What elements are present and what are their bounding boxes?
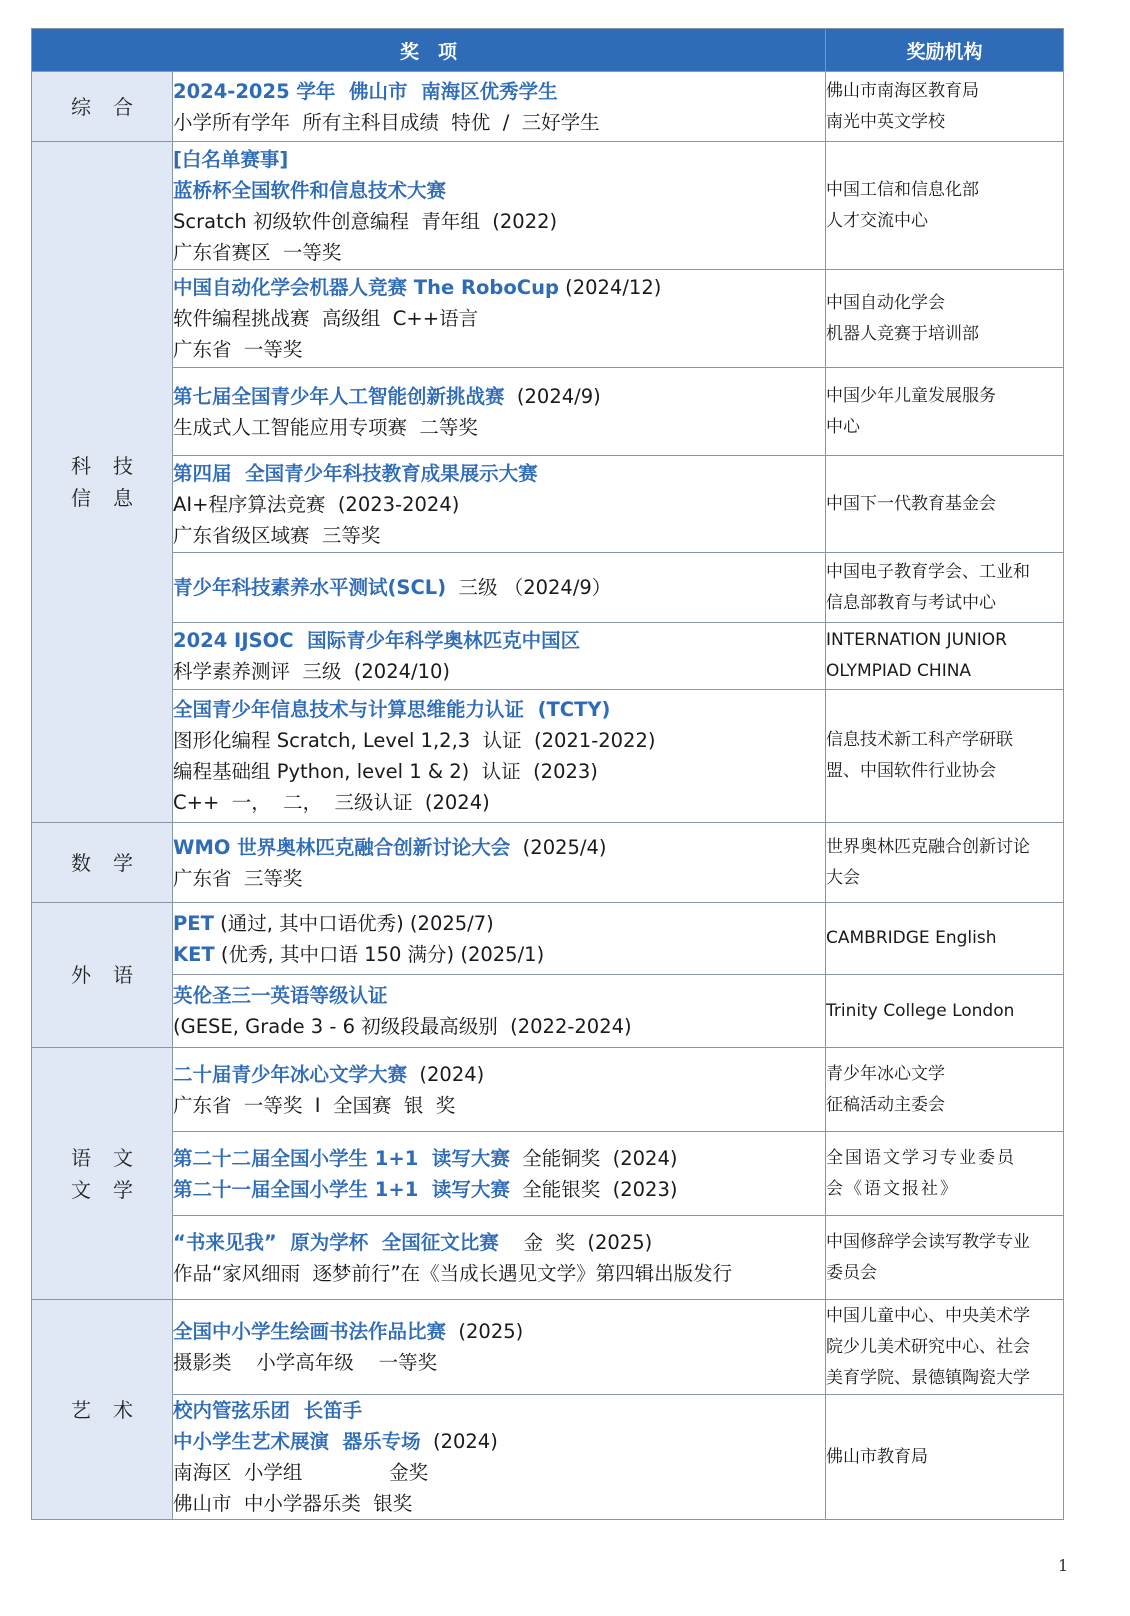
table-row: 数学WMO 世界奥林匹克融合创新讨论大会 (2025/4)广东省 三等奖世界奥林… xyxy=(32,823,1064,903)
award-line: 小学所有学年 所有主科目成绩 特优 / 三好学生 xyxy=(173,107,825,138)
award-detail: 金 奖 (2025) xyxy=(499,1231,652,1254)
award-line: 2024-2025 学年 佛山市 南海区优秀学生 xyxy=(173,76,825,107)
category-label: 语文 xyxy=(32,1142,172,1174)
award-title: 第二十一届全国小学生 1+1 读写大赛 xyxy=(173,1178,510,1201)
table-row: 第四届 全国青少年科技教育成果展示大赛AI+程序算法竞赛 (2023-2024)… xyxy=(32,456,1064,553)
award-detail: 广东省赛区 一等奖 xyxy=(173,241,341,264)
award-detail: 小学所有学年 所有主科目成绩 特优 / 三好学生 xyxy=(173,111,600,134)
category-label: 艺术 xyxy=(32,1394,172,1426)
award-cell: 第七届全国青少年人工智能创新挑战赛 (2024/9)生成式人工智能应用专项赛 二… xyxy=(173,368,826,456)
award-line: 科学素养测评 三级 (2024/10) xyxy=(173,656,825,687)
award-detail: (2024/12) xyxy=(559,276,661,299)
organization-line: 佛山市南海区教育局 xyxy=(826,76,1063,107)
organization-cell: 青少年冰心文学征稿活动主委会 xyxy=(826,1048,1064,1132)
award-detail: Scratch 初级软件创意编程 青年组 (2022) xyxy=(173,210,557,233)
organization-line: 全国语文学习专业委员 xyxy=(826,1143,1063,1174)
award-title: 全国中小学生绘画书法作品比赛 xyxy=(173,1320,446,1343)
award-detail: (2025/4) xyxy=(510,836,606,859)
award-line: [白名单赛事] xyxy=(173,144,825,175)
organization-line: 信息部教育与考试中心 xyxy=(826,588,1063,619)
organization-cell: 中国工信和信息化部人才交流中心 xyxy=(826,142,1064,270)
award-detail: 南海区 小学组 金奖 xyxy=(173,1461,428,1484)
organization-line: 中国修辞学会读写教学专业 xyxy=(826,1227,1063,1258)
table-row: 艺术全国中小学生绘画书法作品比赛 (2025)摄影类 小学高年级 一等奖中国儿童… xyxy=(32,1300,1064,1395)
award-title: 英伦圣三一英语等级认证 xyxy=(173,984,388,1007)
organization-line: 中国儿童中心、中央美术学 xyxy=(826,1301,1063,1332)
award-detail: 编程基础组 Python, level 1 & 2) 认证 (2023) xyxy=(173,760,598,783)
award-cell: 中国自动化学会机器人竞赛 The RoboCup (2024/12)软件编程挑战… xyxy=(173,270,826,368)
award-cell: 英伦圣三一英语等级认证(GESE, Grade 3 - 6 初级段最高级别 (2… xyxy=(173,975,826,1048)
award-detail: (2024) xyxy=(421,1430,498,1453)
table-header-row: 奖 项 奖励机构 xyxy=(32,29,1064,72)
organization-cell: 世界奥林匹克融合创新讨论大会 xyxy=(826,823,1064,903)
table-row: 中国自动化学会机器人竞赛 The RoboCup (2024/12)软件编程挑战… xyxy=(32,270,1064,368)
award-title: 第二十二届全国小学生 1+1 读写大赛 xyxy=(173,1147,510,1170)
award-title: PET xyxy=(173,912,214,935)
organization-line: 世界奥林匹克融合创新讨论 xyxy=(826,832,1063,863)
award-cell: 第二十二届全国小学生 1+1 读写大赛 全能铜奖 (2024)第二十一届全国小学… xyxy=(173,1132,826,1216)
award-line: 2024 IJSOC 国际青少年科学奥林匹克中国区 xyxy=(173,625,825,656)
award-line: 软件编程挑战赛 高级组 C++语言 xyxy=(173,303,825,334)
award-line: 广东省 三等奖 xyxy=(173,863,825,894)
organization-line: 会《语文报社》 xyxy=(826,1174,1063,1205)
organization-line: CAMBRIDGE English xyxy=(826,923,1063,954)
table-row: 全国青少年信息技术与计算思维能力认证 (TCTY)图形化编程 Scratch, … xyxy=(32,690,1064,823)
awards-table: 奖 项 奖励机构 综合2024-2025 学年 佛山市 南海区优秀学生小学所有学… xyxy=(31,28,1064,1520)
award-detail: 生成式人工智能应用专项赛 二等奖 xyxy=(173,416,478,439)
award-cell: 第四届 全国青少年科技教育成果展示大赛AI+程序算法竞赛 (2023-2024)… xyxy=(173,456,826,553)
award-detail: 三级 （2024/9） xyxy=(446,576,611,599)
header-organization: 奖励机构 xyxy=(826,29,1064,72)
category-cell: 数学 xyxy=(32,823,173,903)
award-line: 青少年科技素养水平测试(SCL) 三级 （2024/9） xyxy=(173,572,825,603)
award-line: 广东省 一等奖 xyxy=(173,334,825,365)
organization-line: Trinity College London xyxy=(826,996,1063,1027)
award-cell: 校内管弦乐团 长笛手中小学生艺术展演 器乐专场 (2024)南海区 小学组 金奖… xyxy=(173,1395,826,1520)
award-detail: (优秀, 其中口语 150 满分) (2025/1) xyxy=(215,943,544,966)
table-row: 2024 IJSOC 国际青少年科学奥林匹克中国区科学素养测评 三级 (2024… xyxy=(32,623,1064,690)
page-number: 1 xyxy=(1058,1556,1068,1575)
category-label: 科技 xyxy=(32,450,172,482)
category-cell: 语文文学 xyxy=(32,1048,173,1300)
organization-line: 委员会 xyxy=(826,1258,1063,1289)
table-row: 校内管弦乐团 长笛手中小学生艺术展演 器乐专场 (2024)南海区 小学组 金奖… xyxy=(32,1395,1064,1520)
award-title: 全国青少年信息技术与计算思维能力认证 (TCTY) xyxy=(173,698,610,721)
table-row: 青少年科技素养水平测试(SCL) 三级 （2024/9）中国电子教育学会、工业和… xyxy=(32,553,1064,623)
award-line: 摄影类 小学高年级 一等奖 xyxy=(173,1347,825,1378)
award-detail: 全能银奖 (2023) xyxy=(510,1178,678,1201)
award-line: 广东省赛区 一等奖 xyxy=(173,237,825,268)
organization-cell: 中国自动化学会机器人竞赛于培训部 xyxy=(826,270,1064,368)
table-row: 语文文学二十届青少年冰心文学大赛 (2024)广东省 一等奖 I 全国赛 银 奖… xyxy=(32,1048,1064,1132)
award-detail: 作品“家风细雨 逐梦前行”在《当成长遇见文学》第四辑出版发行 xyxy=(173,1262,732,1285)
award-cell: [白名单赛事]蓝桥杯全国软件和信息技术大赛Scratch 初级软件创意编程 青年… xyxy=(173,142,826,270)
award-title: 中小学生艺术展演 器乐专场 xyxy=(173,1430,421,1453)
award-line: 第二十一届全国小学生 1+1 读写大赛 全能银奖 (2023) xyxy=(173,1174,825,1205)
organization-line: 中国少年儿童发展服务 xyxy=(826,381,1063,412)
award-title: 第七届全国青少年人工智能创新挑战赛 xyxy=(173,385,505,408)
award-detail: 广东省级区域赛 三等奖 xyxy=(173,524,380,547)
award-title: [白名单赛事] xyxy=(173,148,288,171)
organization-cell: 佛山市教育局 xyxy=(826,1395,1064,1520)
award-cell: 2024-2025 学年 佛山市 南海区优秀学生小学所有学年 所有主科目成绩 特… xyxy=(173,72,826,142)
category-label: 外语 xyxy=(32,959,172,991)
award-cell: WMO 世界奥林匹克融合创新讨论大会 (2025/4)广东省 三等奖 xyxy=(173,823,826,903)
award-line: Scratch 初级软件创意编程 青年组 (2022) xyxy=(173,206,825,237)
award-cell: 全国青少年信息技术与计算思维能力认证 (TCTY)图形化编程 Scratch, … xyxy=(173,690,826,823)
award-title: “书来见我” 原为学杯 全国征文比赛 xyxy=(173,1231,499,1254)
award-title: 二十届青少年冰心文学大赛 xyxy=(173,1063,407,1086)
award-line: AI+程序算法竞赛 (2023-2024) xyxy=(173,489,825,520)
award-detail: C++ 一， 二， 三级认证 (2024) xyxy=(173,791,490,814)
header-org-label: 奖励机构 xyxy=(907,41,983,63)
table-row: 综合2024-2025 学年 佛山市 南海区优秀学生小学所有学年 所有主科目成绩… xyxy=(32,72,1064,142)
table-row: 外语PET (通过, 其中口语优秀) (2025/7)KET (优秀, 其中口语… xyxy=(32,903,1064,975)
award-detail: 佛山市 中小学器乐类 银奖 xyxy=(173,1492,412,1515)
award-cell: “书来见我” 原为学杯 全国征文比赛 金 奖 (2025)作品“家风细雨 逐梦前… xyxy=(173,1216,826,1300)
award-line: KET (优秀, 其中口语 150 满分) (2025/1) xyxy=(173,939,825,970)
organization-line: 院少儿美术研究中心、社会 xyxy=(826,1332,1063,1363)
award-title: 蓝桥杯全国软件和信息技术大赛 xyxy=(173,179,446,202)
category-cell: 艺术 xyxy=(32,1300,173,1520)
award-detail: 广东省 一等奖 xyxy=(173,338,302,361)
organization-line: 佛山市教育局 xyxy=(826,1442,1063,1473)
award-title: 第四届 全国青少年科技教育成果展示大赛 xyxy=(173,462,538,485)
award-detail: AI+程序算法竞赛 (2023-2024) xyxy=(173,493,459,516)
award-line: 南海区 小学组 金奖 xyxy=(173,1457,825,1488)
award-line: 蓝桥杯全国软件和信息技术大赛 xyxy=(173,175,825,206)
header-award: 奖 项 xyxy=(32,29,826,72)
organization-cell: 中国修辞学会读写教学专业委员会 xyxy=(826,1216,1064,1300)
organization-line: 中国工信和信息化部 xyxy=(826,175,1063,206)
table-row: 第七届全国青少年人工智能创新挑战赛 (2024/9)生成式人工智能应用专项赛 二… xyxy=(32,368,1064,456)
award-line: 第二十二届全国小学生 1+1 读写大赛 全能铜奖 (2024) xyxy=(173,1143,825,1174)
organization-line: OLYMPIAD CHINA xyxy=(826,656,1063,687)
header-award-label: 奖 项 xyxy=(400,41,457,63)
organization-line: INTERNATION JUNIOR xyxy=(826,625,1063,656)
organization-line: 中国下一代教育基金会 xyxy=(826,489,1063,520)
organization-line: 盟、中国软件行业协会 xyxy=(826,756,1063,787)
award-line: 第四届 全国青少年科技教育成果展示大赛 xyxy=(173,458,825,489)
award-detail: 摄影类 小学高年级 一等奖 xyxy=(173,1351,437,1374)
award-title: WMO 世界奥林匹克融合创新讨论大会 xyxy=(173,836,510,859)
organization-line: 美育学院、景德镇陶瓷大学 xyxy=(826,1363,1063,1394)
award-line: 英伦圣三一英语等级认证 xyxy=(173,980,825,1011)
award-line: 中国自动化学会机器人竞赛 The RoboCup (2024/12) xyxy=(173,272,825,303)
award-line: 第七届全国青少年人工智能创新挑战赛 (2024/9) xyxy=(173,381,825,412)
award-detail: 广东省 一等奖 I 全国赛 银 奖 xyxy=(173,1094,455,1117)
award-title: 2024-2025 学年 佛山市 南海区优秀学生 xyxy=(173,80,558,103)
category-label: 信息 xyxy=(32,482,172,514)
award-title: 校内管弦乐团 长笛手 xyxy=(173,1399,362,1422)
award-line: 二十届青少年冰心文学大赛 (2024) xyxy=(173,1059,825,1090)
award-detail: 全能铜奖 (2024) xyxy=(510,1147,678,1170)
award-detail: (2024) xyxy=(407,1063,484,1086)
award-line: (GESE, Grade 3 - 6 初级段最高级别 (2022-2024) xyxy=(173,1011,825,1042)
organization-line: 南光中英文学校 xyxy=(826,107,1063,138)
award-line: 生成式人工智能应用专项赛 二等奖 xyxy=(173,412,825,443)
organization-line: 中国自动化学会 xyxy=(826,288,1063,319)
award-line: 校内管弦乐团 长笛手 xyxy=(173,1395,825,1426)
table-row: 第二十二届全国小学生 1+1 读写大赛 全能铜奖 (2024)第二十一届全国小学… xyxy=(32,1132,1064,1216)
organization-line: 中国电子教育学会、工业和 xyxy=(826,557,1063,588)
award-line: “书来见我” 原为学杯 全国征文比赛 金 奖 (2025) xyxy=(173,1227,825,1258)
awards-page: 奖 项 奖励机构 综合2024-2025 学年 佛山市 南海区优秀学生小学所有学… xyxy=(31,28,1063,1520)
category-cell: 外语 xyxy=(32,903,173,1048)
organization-line: 青少年冰心文学 xyxy=(826,1059,1063,1090)
organization-cell: 信息技术新工科产学研联盟、中国软件行业协会 xyxy=(826,690,1064,823)
table-row: 科技信息[白名单赛事]蓝桥杯全国软件和信息技术大赛Scratch 初级软件创意编… xyxy=(32,142,1064,270)
award-title: 中国自动化学会机器人竞赛 The RoboCup xyxy=(173,276,559,299)
category-label: 文学 xyxy=(32,1174,172,1206)
organization-cell: 佛山市南海区教育局南光中英文学校 xyxy=(826,72,1064,142)
organization-line: 中心 xyxy=(826,412,1063,443)
award-cell: 全国中小学生绘画书法作品比赛 (2025)摄影类 小学高年级 一等奖 xyxy=(173,1300,826,1395)
award-line: 全国青少年信息技术与计算思维能力认证 (TCTY) xyxy=(173,694,825,725)
award-line: 作品“家风细雨 逐梦前行”在《当成长遇见文学》第四辑出版发行 xyxy=(173,1258,825,1289)
award-line: 编程基础组 Python, level 1 & 2) 认证 (2023) xyxy=(173,756,825,787)
organization-cell: 全国语文学习专业委员会《语文报社》 xyxy=(826,1132,1064,1216)
award-line: 广东省 一等奖 I 全国赛 银 奖 xyxy=(173,1090,825,1121)
award-cell: PET (通过, 其中口语优秀) (2025/7)KET (优秀, 其中口语 1… xyxy=(173,903,826,975)
award-detail: (通过, 其中口语优秀) (2025/7) xyxy=(214,912,494,935)
organization-cell: INTERNATION JUNIOROLYMPIAD CHINA xyxy=(826,623,1064,690)
award-cell: 2024 IJSOC 国际青少年科学奥林匹克中国区科学素养测评 三级 (2024… xyxy=(173,623,826,690)
award-cell: 青少年科技素养水平测试(SCL) 三级 （2024/9） xyxy=(173,553,826,623)
organization-cell: Trinity College London xyxy=(826,975,1064,1048)
award-detail: (2024/9) xyxy=(505,385,601,408)
award-title: 青少年科技素养水平测试(SCL) xyxy=(173,576,446,599)
organization-line: 人才交流中心 xyxy=(826,206,1063,237)
award-title: 2024 IJSOC 国际青少年科学奥林匹克中国区 xyxy=(173,629,580,652)
award-title: KET xyxy=(173,943,215,966)
table-row: 英伦圣三一英语等级认证(GESE, Grade 3 - 6 初级段最高级别 (2… xyxy=(32,975,1064,1048)
award-detail: 软件编程挑战赛 高级组 C++语言 xyxy=(173,307,478,330)
award-line: WMO 世界奥林匹克融合创新讨论大会 (2025/4) xyxy=(173,832,825,863)
category-cell: 科技信息 xyxy=(32,142,173,823)
award-line: PET (通过, 其中口语优秀) (2025/7) xyxy=(173,908,825,939)
organization-line: 大会 xyxy=(826,863,1063,894)
organization-cell: 中国少年儿童发展服务中心 xyxy=(826,368,1064,456)
award-line: 中小学生艺术展演 器乐专场 (2024) xyxy=(173,1426,825,1457)
award-detail: (GESE, Grade 3 - 6 初级段最高级别 (2022-2024) xyxy=(173,1015,632,1038)
table-body: 综合2024-2025 学年 佛山市 南海区优秀学生小学所有学年 所有主科目成绩… xyxy=(32,72,1064,1520)
award-line: 广东省级区域赛 三等奖 xyxy=(173,520,825,551)
organization-cell: 中国电子教育学会、工业和信息部教育与考试中心 xyxy=(826,553,1064,623)
award-detail: 广东省 三等奖 xyxy=(173,867,302,890)
award-cell: 二十届青少年冰心文学大赛 (2024)广东省 一等奖 I 全国赛 银 奖 xyxy=(173,1048,826,1132)
organization-line: 机器人竞赛于培训部 xyxy=(826,319,1063,350)
organization-line: 信息技术新工科产学研联 xyxy=(826,725,1063,756)
category-cell: 综合 xyxy=(32,72,173,142)
award-line: C++ 一， 二， 三级认证 (2024) xyxy=(173,787,825,818)
organization-cell: 中国儿童中心、中央美术学院少儿美术研究中心、社会美育学院、景德镇陶瓷大学 xyxy=(826,1300,1064,1395)
organization-cell: 中国下一代教育基金会 xyxy=(826,456,1064,553)
award-line: 佛山市 中小学器乐类 银奖 xyxy=(173,1488,825,1519)
award-detail: 科学素养测评 三级 (2024/10) xyxy=(173,660,450,683)
category-label: 综合 xyxy=(32,91,172,123)
organization-cell: CAMBRIDGE English xyxy=(826,903,1064,975)
award-line: 全国中小学生绘画书法作品比赛 (2025) xyxy=(173,1316,825,1347)
award-detail: 图形化编程 Scratch, Level 1,2,3 认证 (2021-2022… xyxy=(173,729,655,752)
table-row: “书来见我” 原为学杯 全国征文比赛 金 奖 (2025)作品“家风细雨 逐梦前… xyxy=(32,1216,1064,1300)
award-line: 图形化编程 Scratch, Level 1,2,3 认证 (2021-2022… xyxy=(173,725,825,756)
award-detail: (2025) xyxy=(446,1320,523,1343)
category-label: 数学 xyxy=(32,847,172,879)
organization-line: 征稿活动主委会 xyxy=(826,1090,1063,1121)
